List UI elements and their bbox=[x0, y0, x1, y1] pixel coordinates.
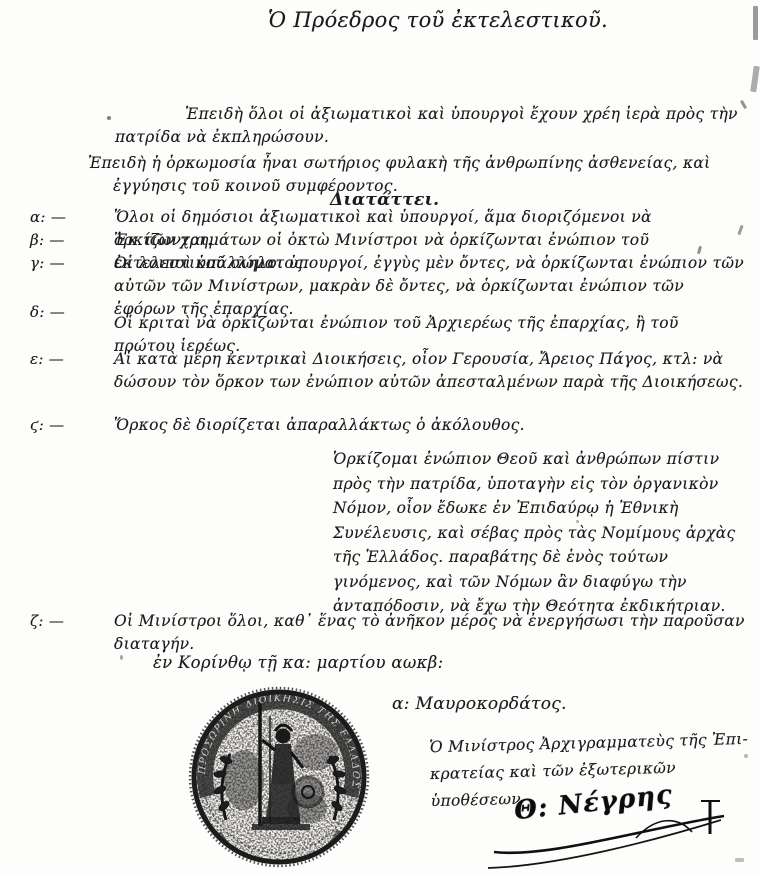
article-marker: ζ: — bbox=[30, 610, 114, 633]
article-marker: δ: — bbox=[30, 301, 114, 324]
dateline: ἐν Κορίνθῳ τῇ κα: μαρτίου αωκβ: bbox=[153, 653, 443, 672]
scan-artifact bbox=[753, 6, 758, 40]
signature-flourish bbox=[488, 786, 748, 874]
oath-text: Ὁρκίζομαι ἐνώπιον Θεοῦ καὶ ἀνθρώπων πίστ… bbox=[333, 447, 753, 619]
article-text: Αἱ κατὰ μέρη κεντρικαὶ Διοικήσεις, οἷον … bbox=[114, 348, 748, 394]
minister-signature-block: Θ: Νέγρης bbox=[488, 786, 748, 874]
article-marker: ϛ: — bbox=[30, 414, 114, 437]
article-marker: α: — bbox=[30, 206, 114, 229]
scan-artifact bbox=[120, 655, 123, 660]
article-marker: γ: — bbox=[30, 252, 114, 275]
scan-artifact bbox=[576, 520, 579, 523]
article-text: Οἱ Μινίστροι ὅλοι, καθ᾽ ἕνας τὸ ἀνῆκον μ… bbox=[114, 610, 748, 656]
article-row-epsilon: ε: — Αἱ κατὰ μέρη κεντρικαὶ Διοικήσεις, … bbox=[30, 348, 748, 394]
scan-artifact bbox=[735, 858, 744, 862]
preamble-paragraph-1: Ἐπειδὴ ὅλοι οἱ ἀξιωματικοὶ καὶ ὑπουργοὶ … bbox=[115, 103, 747, 149]
scan-artifact bbox=[737, 225, 743, 235]
page-title: Ὁ Πρόεδρος τοῦ ἐκτελεστικοῦ. bbox=[268, 8, 608, 32]
article-marker: β: — bbox=[30, 229, 114, 252]
scan-artifact bbox=[744, 754, 748, 758]
scan-artifact bbox=[107, 116, 111, 120]
scanned-manuscript-page: Ὁ Πρόεδρος τοῦ ἐκτελεστικοῦ. Ἐπειδὴ ὅλοι… bbox=[0, 0, 760, 874]
article-text: Οἱ λοιποὶ ὑπάλληλοι ὑπουργοί, ἐγγὺς μὲν … bbox=[114, 252, 748, 321]
scan-artifact bbox=[750, 66, 760, 93]
article-row-gamma: γ: — Οἱ λοιποὶ ὑπάλληλοι ὑπουργοί, ἐγγὺς… bbox=[30, 252, 748, 321]
article-row-stigma: ϛ: — Ὅρκος δὲ διορίζεται ἀπαραλλάκτως ὁ … bbox=[30, 414, 730, 437]
article-marker: ε: — bbox=[30, 348, 114, 371]
president-signature: α: Μαυροκορδάτος. bbox=[392, 694, 567, 714]
state-seal: ΠΡΟΣΩΡΙΝΗ ΔΙΟΙΚΗΣΙΣ ΤΗΣ ΕΛΛΑΔΟΣ bbox=[186, 684, 372, 870]
article-row-zeta: ζ: — Οἱ Μινίστροι ὅλοι, καθ᾽ ἕνας τὸ ἀνῆ… bbox=[30, 610, 748, 656]
article-text: Ὅρκος δὲ διορίζεται ἀπαραλλάκτως ὁ ἀκόλο… bbox=[114, 414, 730, 437]
